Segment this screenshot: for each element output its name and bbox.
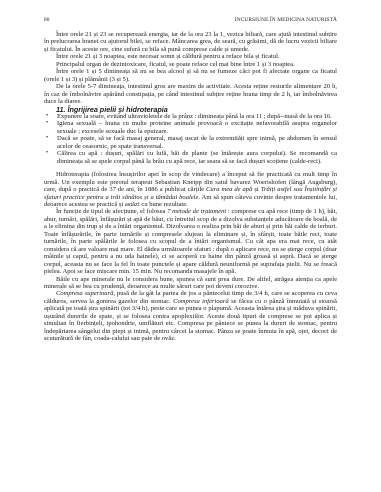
emphasis: Compresa inferioară — [173, 298, 229, 305]
emphasis: 7 metode de tratament — [167, 208, 226, 215]
list-item-text: Igiena sexuală – hrana cu multe proteine… — [57, 120, 337, 134]
bullet-icon: • — [46, 113, 48, 120]
running-title: INCURSIUNE ÎN MEDICINA NATURISTĂ — [235, 17, 337, 23]
paragraph: De la orele 5-7 dimineața, intestinul gr… — [44, 83, 337, 105]
list-item-text: Dacă se poate, să se facă masaj general,… — [57, 135, 337, 149]
list-item-text: Expunere la soare, evitând ultravioletel… — [57, 113, 332, 120]
list-item: • Igiena sexuală – hrana cu multe protei… — [44, 120, 337, 135]
book-page: 80 INCURSIUNE ÎN MEDICINA NATURISTĂ Într… — [0, 0, 381, 492]
page-header: 80 INCURSIUNE ÎN MEDICINA NATURISTĂ — [44, 17, 337, 27]
paragraph-mineral-baths: Băile cu ape minerale nu le considera bu… — [44, 276, 337, 291]
page-body: Între orele 21 și 23 se recuperează ener… — [44, 31, 337, 343]
paragraph: Între orele 21 și 3 noaptea, este necesa… — [44, 53, 337, 60]
text: : comprese cu apă rece (timp de 1 h), bă… — [44, 208, 337, 275]
bullet-icon: • — [46, 150, 48, 157]
book-title: Cura mea de apă — [206, 186, 252, 193]
paragraph-hydrotherapy-intro: Hidroterapia (folosirea însușirilor apei… — [44, 171, 337, 208]
list-item-text: Călirea cu apă : dușuri, spălări cu lufă… — [57, 150, 337, 164]
bullet-icon: • — [46, 135, 48, 142]
section-heading: 11. Îngrijirea pielii și hidroterapia — [44, 106, 337, 113]
bullet-list: • Expunere la soare, evitând ultraviolet… — [44, 113, 337, 165]
list-item: • Călirea cu apă : dușuri, spălări cu lu… — [44, 150, 337, 165]
paragraph: Între orele 21 și 23 se recuperează ener… — [44, 31, 337, 53]
text: și — [252, 186, 260, 193]
paragraph: Între orele 1 și 5 dimineața să nu se be… — [44, 68, 337, 83]
bullet-icon: • — [46, 120, 48, 127]
text: se făcea cu o pânză înmuiată și stoarsă … — [44, 298, 337, 342]
emphasis: Compresa superioară — [56, 290, 113, 297]
paragraph-compresses: Compresa superioară, pusă de la gât la p… — [44, 290, 337, 342]
page-number: 80 — [44, 17, 50, 23]
text: În funcție de tipul de afecțiune, el fol… — [56, 208, 167, 215]
list-item: • Dacă se poate, să se facă masaj genera… — [44, 135, 337, 150]
list-item: • Expunere la soare, evitând ultraviolet… — [44, 113, 337, 120]
paragraph-treatment-methods: În funcție de tipul de afecțiune, el fol… — [44, 208, 337, 275]
